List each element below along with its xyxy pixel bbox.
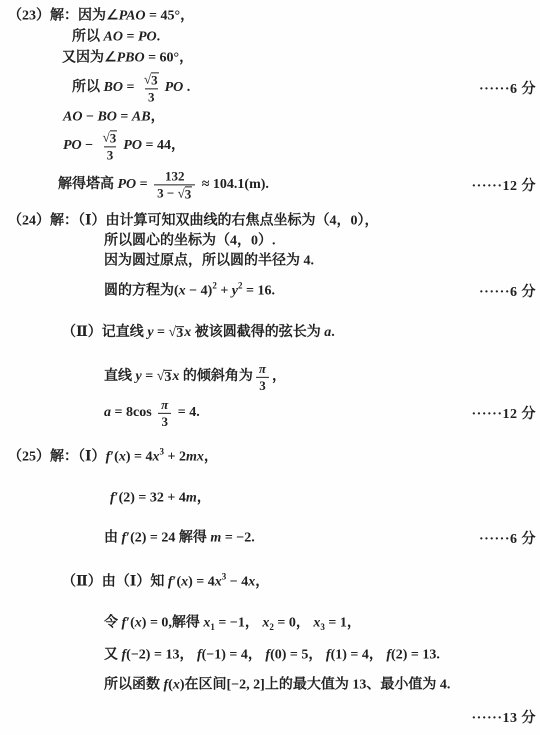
math-text-run: ， (197, 490, 211, 505)
math-text-run: − 4) (186, 283, 213, 298)
fraction: π3 (256, 362, 269, 392)
chinese-text-run: 所以 (72, 80, 104, 95)
text-line: 解得塔高 PO = 1323 − √3 ≈ 104.1(m). (58, 169, 269, 200)
radicand: 3 (110, 130, 118, 145)
math-text-run: = 4. (174, 405, 199, 420)
math-text-run: = 60°， (145, 50, 194, 65)
chinese-text-run: （Ⅱ）由（Ⅰ）知 (62, 574, 168, 589)
math-text-run: ) = 4 (126, 449, 153, 464)
math-text-run: = −2. (221, 530, 254, 545)
text-line: 又因为∠PBO = 60°， (62, 49, 193, 67)
chinese-text-run: 令 (104, 615, 122, 630)
sqrt-radical: √3 (169, 326, 185, 342)
radical-sign: √ (144, 72, 151, 86)
math-variable: PO (63, 138, 82, 153)
text-line: （Ⅱ）记直线 y = √3x 被该圆截得的弦长为 a. (62, 324, 335, 342)
math-text-run: (2) = 13. (391, 647, 440, 662)
math-text-run: ) = 0, (142, 615, 172, 630)
math-text-run: ≈ 104.1(m). (198, 177, 269, 192)
text-line: 又 f(−2) = 13， f(−1) = 4， f(0) = 5， f(1) … (104, 646, 440, 664)
chinese-text-run: 所以 (72, 29, 104, 44)
math-variable: PO (165, 80, 184, 95)
fraction: π3 (158, 398, 171, 428)
math-text-run: . (157, 29, 161, 44)
chinese-text-run: 又因为 (62, 50, 104, 65)
chinese-text-run: 又 (104, 647, 122, 662)
math-text-run: ′(2) = 24 (126, 530, 179, 545)
math-text-run: ′( (110, 449, 119, 464)
math-variable: AB (132, 109, 151, 124)
radicand: 3 (185, 186, 193, 201)
fraction-numerator: √3 (141, 72, 162, 88)
chinese-text-run: （24）解：（Ⅰ）由计算可知双曲线的右焦点坐标为（4，0）， (8, 213, 379, 228)
fraction: √33 (141, 72, 162, 103)
exam-solution-page: （23）解：因为∠PAO = 45°，所以 AO = PO.又因为∠PBO = … (0, 0, 540, 735)
radical-sign: √ (157, 370, 165, 385)
math-variable: PO (138, 29, 157, 44)
chinese-text-run: （Ⅱ）记直线 (62, 325, 147, 340)
math-text-run: . (183, 80, 190, 95)
math-text-run: ， (204, 449, 218, 464)
fraction-numerator: 132 (162, 169, 188, 184)
fraction: 1323 − √3 (154, 169, 195, 200)
text-line: 所以函数 f(x)在区间[−2, 2]上的最大值为 13、最小值为 4. (104, 676, 450, 694)
math-variable: a (104, 405, 111, 420)
fraction-numerator: π (256, 362, 269, 377)
text-line: f′(2) = 32 + 4m， (110, 489, 211, 507)
text-line: （Ⅱ）由（Ⅰ）知 f′(x) = 4x3 − 4x， (62, 573, 269, 591)
math-text-run: ， (151, 109, 165, 124)
math-text-run: = −1， (215, 615, 262, 630)
chinese-text-run: 被该圆截得的弦长为 (191, 325, 324, 340)
math-text-run: 3 − (157, 185, 177, 200)
score-mark: ······13 分 (471, 707, 536, 727)
math-text-run: = (154, 325, 169, 340)
math-variable: PO (123, 138, 142, 153)
math-text-run: = 44， (142, 138, 185, 153)
chinese-text-run: 解得 (179, 530, 211, 545)
math-text-run: = (142, 369, 157, 384)
chinese-text-run: 上的最大值为 13、最小值为 4. (265, 677, 451, 692)
math-variable: PO (118, 177, 137, 192)
math-text-run: − 4 (226, 574, 248, 589)
radicand: 3 (151, 72, 159, 87)
math-text-run: = 45°， (146, 8, 195, 23)
math-text-run: = (123, 29, 138, 44)
text-line: a = 8cos π3 = 4. (104, 398, 200, 428)
math-text-run: (0) = 5， (270, 647, 326, 662)
chinese-text-run: （23）解：因为 (8, 8, 106, 23)
fraction: √33 (100, 130, 121, 161)
text-line: （24）解：（Ⅰ）由计算可知双曲线的右焦点坐标为（4，0）， (8, 212, 379, 230)
fraction-denominator: 3 − √3 (154, 184, 195, 201)
math-variable: x (135, 615, 142, 630)
math-variable: π (259, 361, 266, 376)
math-text-run: = 8cos (111, 405, 155, 420)
math-variable: BO (104, 80, 123, 95)
math-text-run: ， (255, 574, 269, 589)
math-text-run: (1) = 4， (331, 647, 387, 662)
math-variable: PBO (117, 50, 145, 65)
math-text-run: ∠ (104, 50, 117, 65)
math-variable: mx (186, 449, 204, 464)
math-text-run: = (117, 109, 132, 124)
math-text-run: (−2) = 13， (126, 647, 197, 662)
math-variable: AO (104, 29, 123, 44)
sqrt-radical: √3 (157, 370, 173, 386)
chinese-text-run: （25）解：（Ⅰ） (8, 449, 106, 464)
math-text-run: = 0， (274, 615, 313, 630)
math-text-run: ′(2) = 32 + 4 (115, 490, 186, 505)
math-text-run: − (82, 109, 97, 124)
math-text-run: ′( (126, 615, 135, 630)
math-text-run: 3 (107, 147, 114, 162)
math-variable: x (179, 283, 186, 298)
fraction-denominator: 3 (158, 413, 171, 429)
sqrt-radical: √3 (144, 72, 159, 87)
math-variable: x (119, 449, 126, 464)
chinese-text-run: 的倾斜角为 (179, 369, 253, 384)
chinese-text-run: 解得塔高 (58, 177, 118, 192)
math-variable: BO (97, 109, 116, 124)
math-variable: AO (63, 109, 82, 124)
score-mark: ······12 分 (471, 403, 536, 423)
math-variable: x (215, 574, 222, 589)
radicand: 3 (176, 326, 184, 342)
chinese-text-run: 圆的方程为 (104, 283, 174, 298)
math-text-run: = 16. (243, 283, 275, 298)
radical-sign: √ (103, 130, 110, 144)
score-mark: ······6 分 (479, 281, 536, 301)
math-text-run: ) = 4 (188, 574, 215, 589)
math-text-run: 3 (259, 378, 266, 393)
fraction-denominator: 3 (256, 377, 269, 393)
fraction-denominator: 3 (104, 146, 117, 162)
math-text-run: = (123, 80, 138, 95)
math-text-run: 132 (165, 168, 185, 183)
math-text-run: ， (272, 369, 286, 384)
sqrt-radical: √3 (178, 186, 193, 201)
math-text-run: = (136, 177, 151, 192)
math-variable: π (161, 397, 168, 412)
text-line: 所以圆心的坐标为（4，0）. (104, 232, 276, 250)
math-variable: x (173, 677, 180, 692)
text-line: 圆的方程为(x − 4)2 + y2 = 16. (104, 282, 275, 300)
math-text-run: 3 (161, 414, 168, 429)
text-line: 由 f′(2) = 24 解得 m = −2. (104, 529, 255, 547)
chinese-text-run: 所以圆心的坐标为（4，0）. (104, 233, 276, 248)
radical-sign: √ (169, 326, 177, 341)
math-text-run: ∠ (106, 8, 119, 23)
text-line: 因为圆过原点，所以圆的半径为 4. (104, 252, 314, 270)
score-mark: ······6 分 (479, 528, 536, 548)
text-line: （23）解：因为∠PAO = 45°， (8, 7, 194, 25)
math-text-run: . (331, 325, 335, 340)
text-line: AO − BO = AB， (63, 108, 165, 126)
math-text-run: [−2, 2] (227, 677, 265, 692)
text-line: 所以 AO = PO. (72, 28, 160, 46)
math-text-run: + (217, 283, 232, 298)
math-text-run: − (82, 138, 97, 153)
math-text-run: 3 (148, 89, 155, 104)
text-line: 令 f′(x) = 0,解得 x1 = −1， x2 = 0， x3 = 1， (104, 614, 361, 632)
math-variable: m (210, 530, 221, 545)
chinese-text-run: 所以函数 (104, 677, 164, 692)
chinese-text-run: 解得 (172, 615, 204, 630)
fraction-denominator: 3 (145, 88, 158, 104)
text-line: PO − √33PO = 44， (63, 130, 185, 161)
math-variable: m (186, 490, 197, 505)
score-mark: ······12 分 (471, 175, 536, 195)
chinese-text-run: 由 (104, 530, 122, 545)
chinese-text-run: 因为圆过原点，所以圆的半径为 4. (104, 253, 314, 268)
chinese-text-run: 在区间 (185, 677, 227, 692)
score-mark: ······6 分 (479, 78, 536, 98)
sqrt-radical: √3 (103, 130, 118, 145)
fraction-numerator: π (158, 398, 171, 413)
text-line: （25）解：（Ⅰ）f′(x) = 4x3 + 2mx， (8, 448, 218, 466)
text-line: 所以 BO = √33PO . (72, 72, 190, 103)
math-text-run: + 2 (164, 449, 186, 464)
math-variable: PAO (119, 8, 146, 23)
math-text-run: ′( (173, 574, 182, 589)
radical-sign: √ (178, 186, 185, 200)
text-line: 直线 y = √3x 的倾斜角为π3， (104, 362, 286, 392)
math-text-run: = 1， (325, 615, 361, 630)
chinese-text-run: 直线 (104, 369, 136, 384)
math-text-run: (−1) = 4， (202, 647, 266, 662)
fraction-numerator: √3 (100, 130, 121, 146)
